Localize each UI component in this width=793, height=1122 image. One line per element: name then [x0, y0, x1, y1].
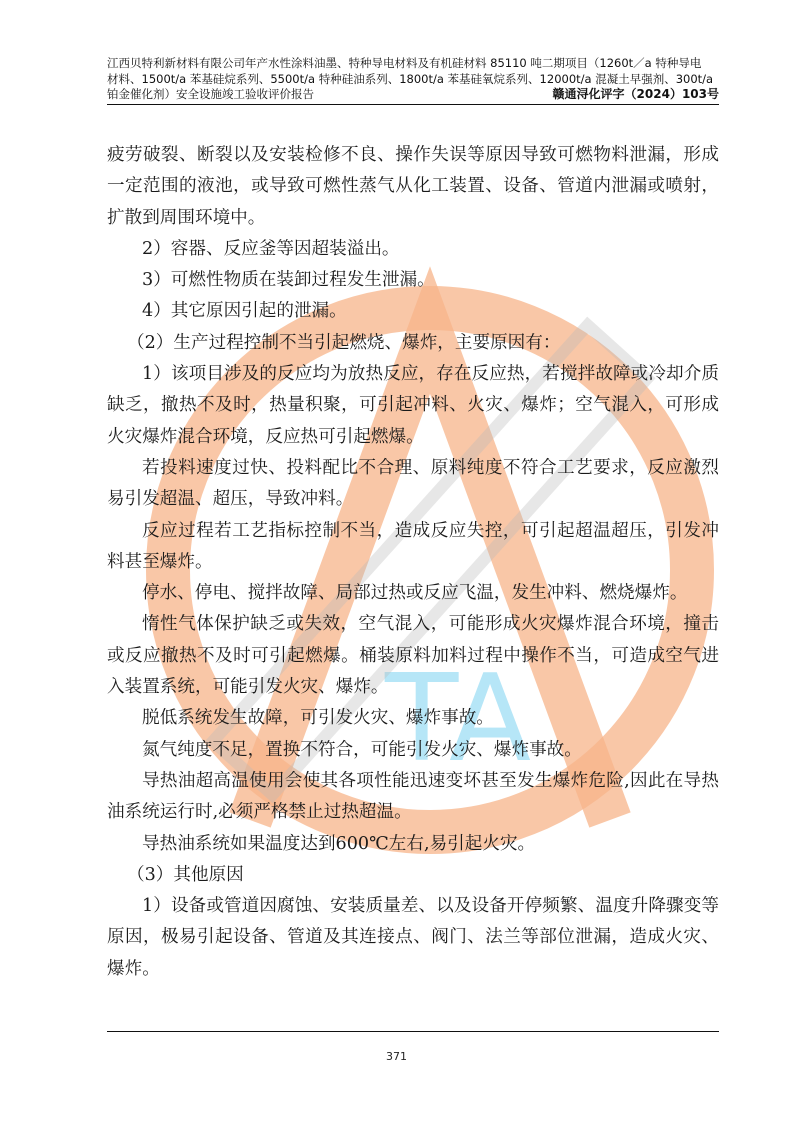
document-page: 江西贝特利新材料有限公司年产水性涂料油墨、特种导电材料及有机硅材料 85110 … [0, 0, 793, 1122]
footer-divider [107, 1031, 719, 1032]
paragraph: 若投料速度过快、投料配比不合理、原料纯度不符合工艺要求，反应激烈易引发超温、超压… [107, 453, 719, 516]
paragraph: 反应过程若工艺指标控制不当，造成反应失控，可引起超温超压，引发冲料甚至爆炸。 [107, 516, 719, 579]
paragraph: 脱低系统发生故障，可引发火灾、爆炸事故。 [107, 703, 719, 734]
paragraph: 1）该项目涉及的反应均为放热反应，存在反应热，若搅拌故障或冷却介质缺乏，撤热不及… [107, 359, 719, 453]
paragraph: 疲劳破裂、断裂以及安装检修不良、操作失误等原因导致可燃物料泄漏，形成一定范围的液… [107, 140, 719, 234]
header-title-line-3-text: 铂金催化剂）安全设施竣工验收评价报告 [107, 87, 314, 103]
paragraph: 导热油超高温使用会使其各项性能迅速变坏甚至发生爆炸危险,因此在导热油系统运行时,… [107, 766, 719, 829]
section-heading: （3）其他原因 [107, 860, 719, 891]
document-body: 疲劳破裂、断裂以及安装检修不良、操作失误等原因导致可燃物料泄漏，形成一定范围的液… [107, 140, 719, 985]
paragraph: 2）容器、反应釜等因超装溢出。 [107, 234, 719, 265]
header-title-line-1: 江西贝特利新材料有限公司年产水性涂料油墨、特种导电材料及有机硅材料 85110 … [107, 56, 719, 72]
section-heading: （2）生产过程控制不当引起燃烧、爆炸，主要原因有： [107, 328, 719, 359]
paragraph: 3）可燃性物质在装卸过程发生泄漏。 [107, 265, 719, 296]
header-divider [107, 104, 719, 105]
page-header: 江西贝特利新材料有限公司年产水性涂料油墨、特种导电材料及有机硅材料 85110 … [107, 56, 719, 103]
document-number: 赣通浔化评字（2024）103号 [553, 87, 719, 103]
paragraph: 1）设备或管道因腐蚀、安装质量差、以及设备开停频繁、温度升降骤变等原因，极易引起… [107, 891, 719, 985]
paragraph: 惰性气体保护缺乏或失效，空气混入，可能形成火灾爆炸混合环境，撞击或反应撤热不及时… [107, 609, 719, 703]
header-title-line-3: 铂金催化剂）安全设施竣工验收评价报告 赣通浔化评字（2024）103号 [107, 87, 719, 103]
header-title-line-2: 材料、1500t/a 苯基硅烷系列、5500t/a 特种硅油系列、1800t/a… [107, 72, 719, 88]
paragraph: 4）其它原因引起的泄漏。 [107, 296, 719, 327]
page-number: 371 [0, 1050, 793, 1063]
paragraph: 氮气纯度不足，置换不符合，可能引发火灾、爆炸事故。 [107, 735, 719, 766]
paragraph: 导热油系统如果温度达到600℃左右,易引起火灾。 [107, 829, 719, 860]
paragraph: 停水、停电、搅拌故障、局部过热或反应飞温，发生冲料、燃烧爆炸。 [107, 578, 719, 609]
